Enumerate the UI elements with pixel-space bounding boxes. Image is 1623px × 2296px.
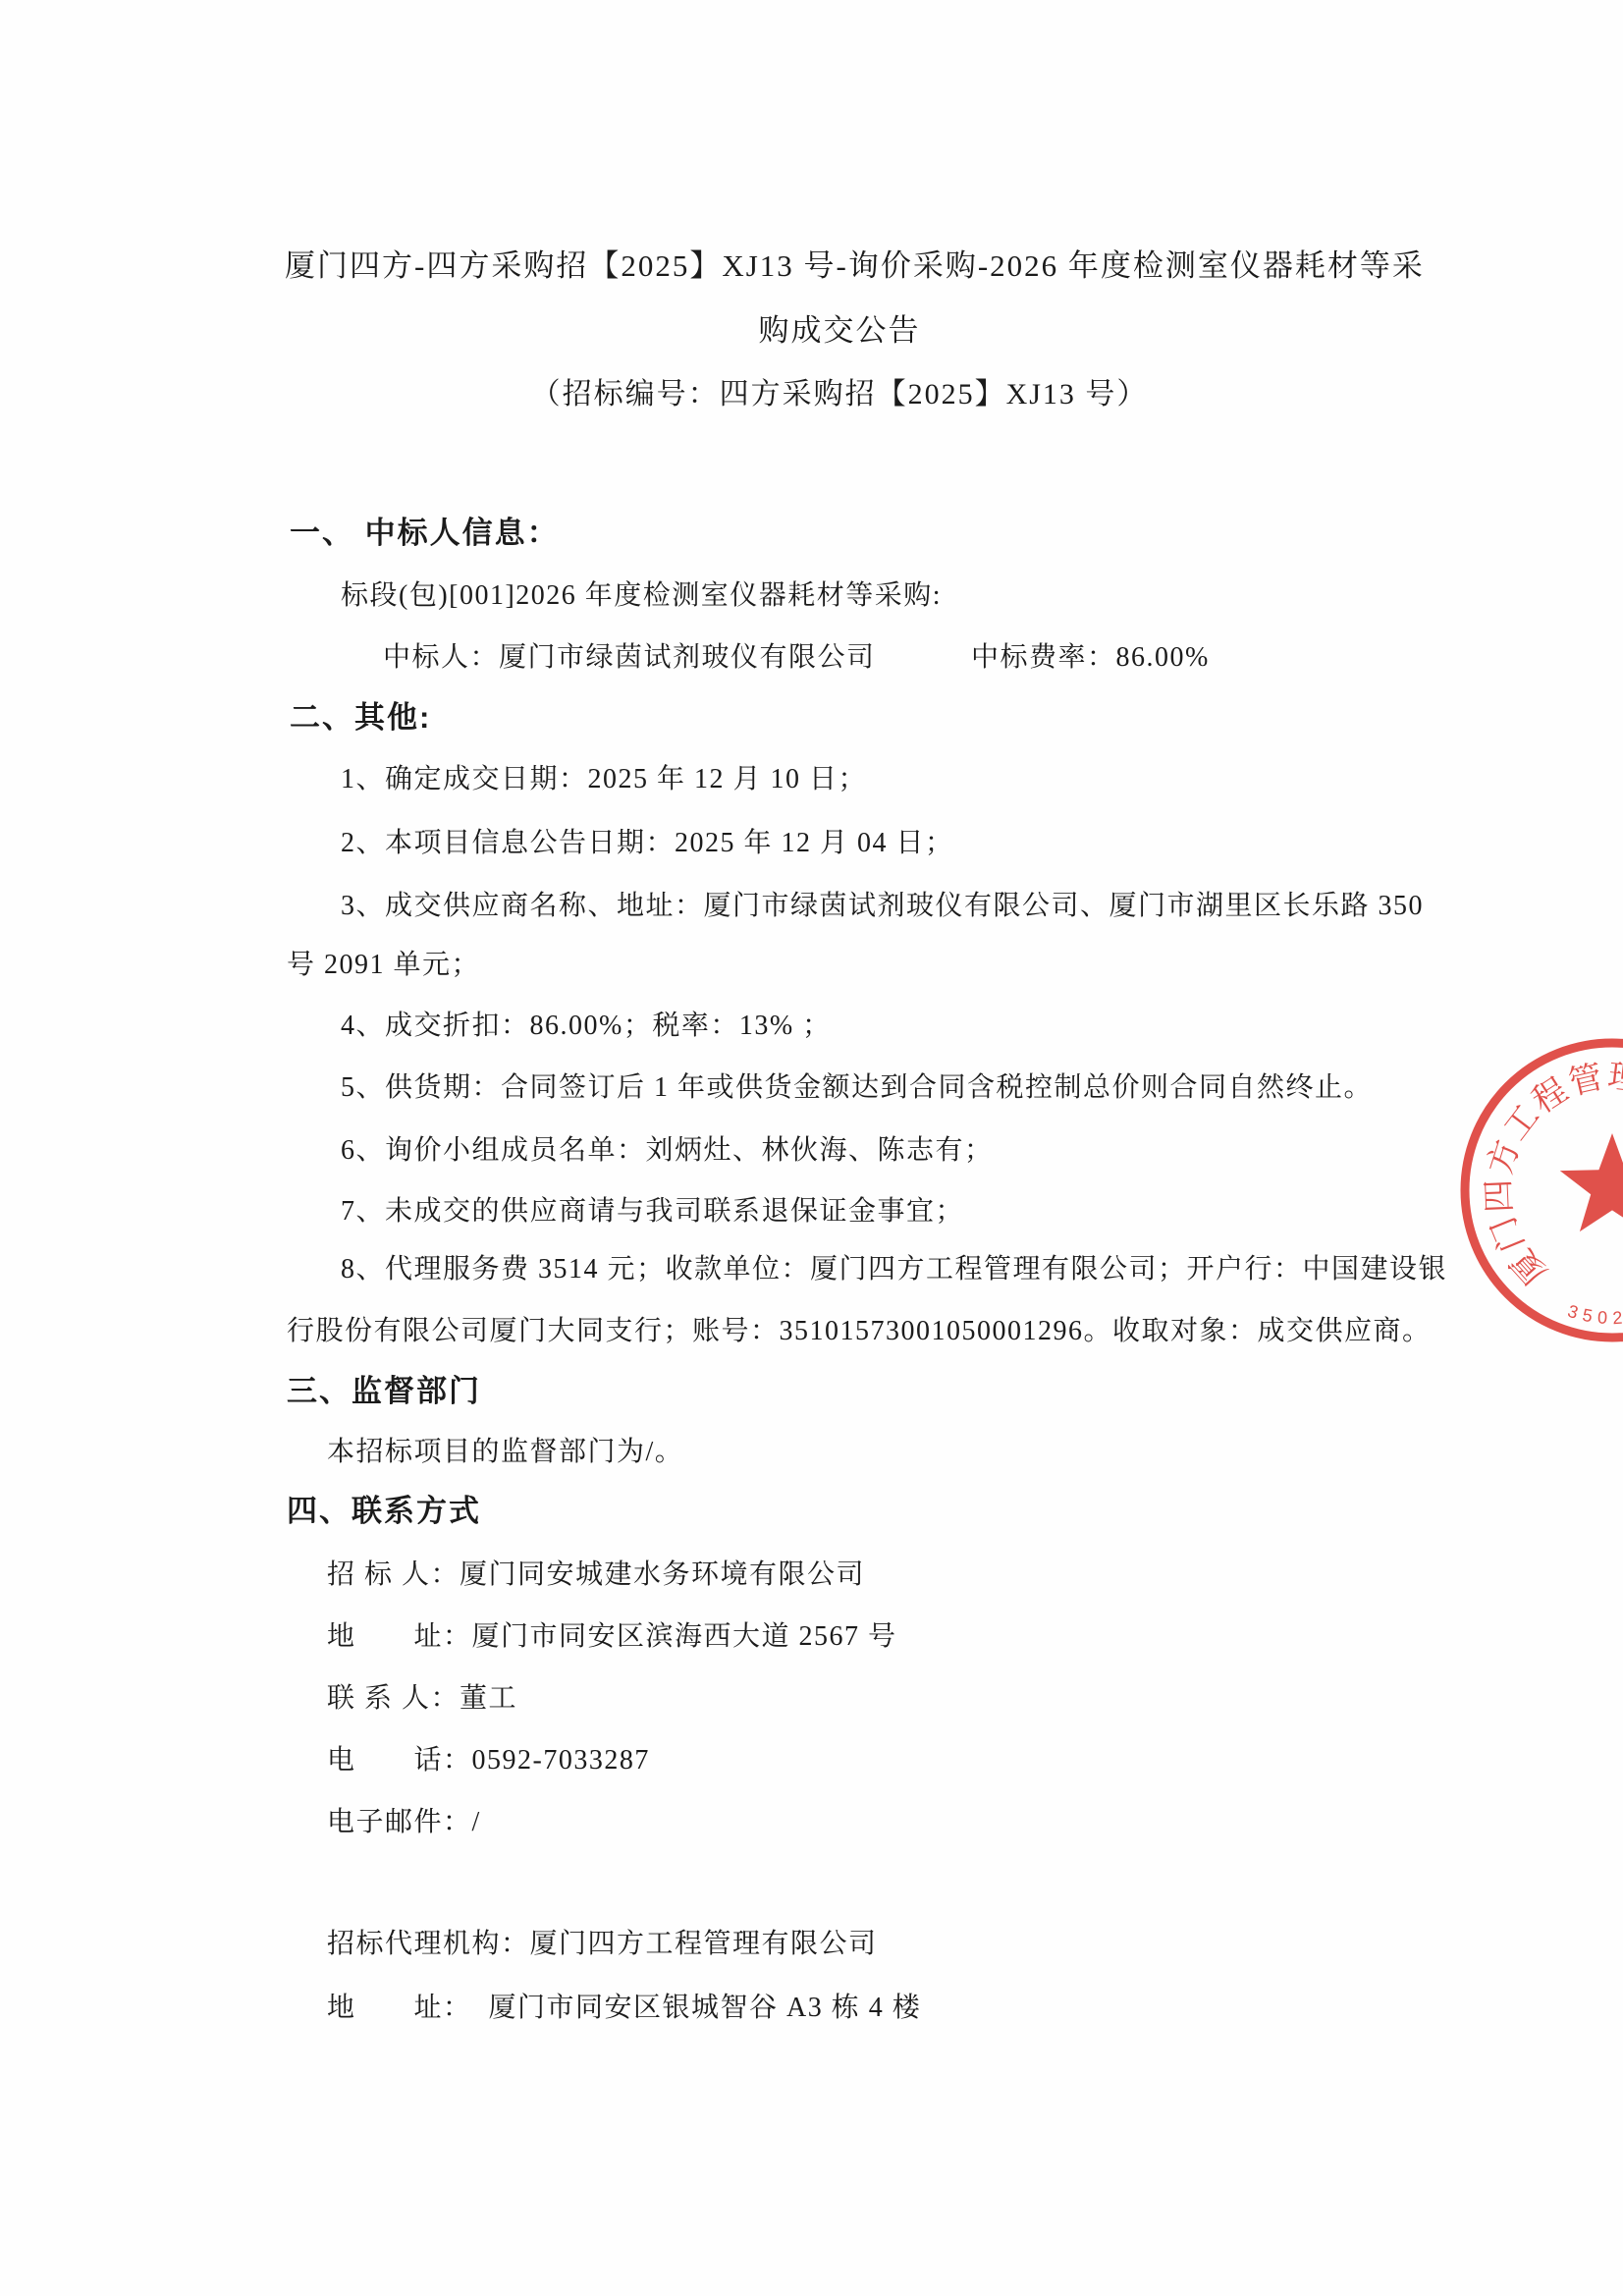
- stamp-star: [1560, 1133, 1623, 1231]
- email-line: 电子邮件：/: [327, 1806, 481, 1839]
- stamp-code-text: 3502: [1565, 1301, 1623, 1329]
- item-1: 1、确定成交日期：2025 年 12 月 10 日；: [341, 763, 867, 796]
- lot-line: 标段(包)[001]2026 年度检测室仪器耗材等采购:: [341, 579, 942, 613]
- agency-address-line: 地 址： 厦门市同安区银城智谷 A3 栋 4 楼: [327, 1992, 921, 2025]
- page-title-line1: 厦门四方-四方采购招【2025】XJ13 号-询价采购-2026 年度检测室仪器…: [285, 247, 1394, 284]
- agency-line: 招标代理机构：厦门四方工程管理有限公司: [327, 1928, 878, 1961]
- section4-heading: 四、联系方式: [287, 1493, 481, 1529]
- item-5: 5、供货期：合同签订后 1 年或供货金额达到合同含税控制总价则合同自然终止。: [341, 1071, 1373, 1105]
- stamp-ring-text: 厦门四方工程管理有限公司: [1480, 1058, 1623, 1291]
- bid-number-line: （招标编号：四方采购招【2025】XJ13 号）: [285, 377, 1394, 412]
- document-page: 厦门四方-四方采购招【2025】XJ13 号-询价采购-2026 年度检测室仪器…: [0, 0, 1623, 2296]
- winner-line: 中标人：厦门市绿茵试剂玻仪有限公司: [383, 641, 876, 675]
- item-8: 8、代理服务费 3514 元；收款单位：厦门四方工程管理有限公司；开户行：中国建…: [341, 1253, 1447, 1286]
- item-4: 4、成交折扣：86.00%；税率：13% ；: [341, 1010, 832, 1043]
- item-3: 3、成交供应商名称、地址：厦门市绿茵试剂玻仪有限公司、厦门市湖里区长乐路 350: [341, 890, 1424, 923]
- section1-heading: 一、 中标人信息：: [290, 515, 560, 551]
- stamp-ring: [1465, 1043, 1623, 1338]
- supervision-body: 本招标项目的监督部门为/。: [327, 1436, 683, 1469]
- winner-rate: 中标费率：86.00%: [971, 641, 1210, 675]
- item-3-wrap: 号 2091 单元；: [287, 949, 480, 982]
- tenderer-address-line: 地 址：厦门市同安区滨海西大道 2567 号: [327, 1620, 897, 1654]
- item-8-wrap: 行股份有限公司厦门大同支行；账号：35101573001050001296。收取…: [287, 1315, 1432, 1348]
- item-2: 2、本项目信息公告日期：2025 年 12 月 04 日；: [341, 827, 954, 860]
- page-title-line2: 购成交公告: [285, 312, 1394, 349]
- company-stamp: 厦门四方工程管理有限公司 3502: [1435, 1013, 1623, 1367]
- contact-person-line: 联 系 人：董工: [327, 1682, 517, 1716]
- section2-heading: 二、其他:: [290, 699, 431, 736]
- phone-line: 电 话：0592-7033287: [327, 1744, 650, 1777]
- tenderer-line: 招 标 人：厦门同安城建水务环境有限公司: [327, 1558, 865, 1592]
- item-6: 6、询价小组成员名单：刘炳灶、林伙海、陈志有；: [341, 1134, 994, 1168]
- section3-heading: 三、监督部门: [287, 1373, 481, 1409]
- item-7: 7、未成交的供应商请与我司联系退保证金事宜；: [341, 1195, 964, 1229]
